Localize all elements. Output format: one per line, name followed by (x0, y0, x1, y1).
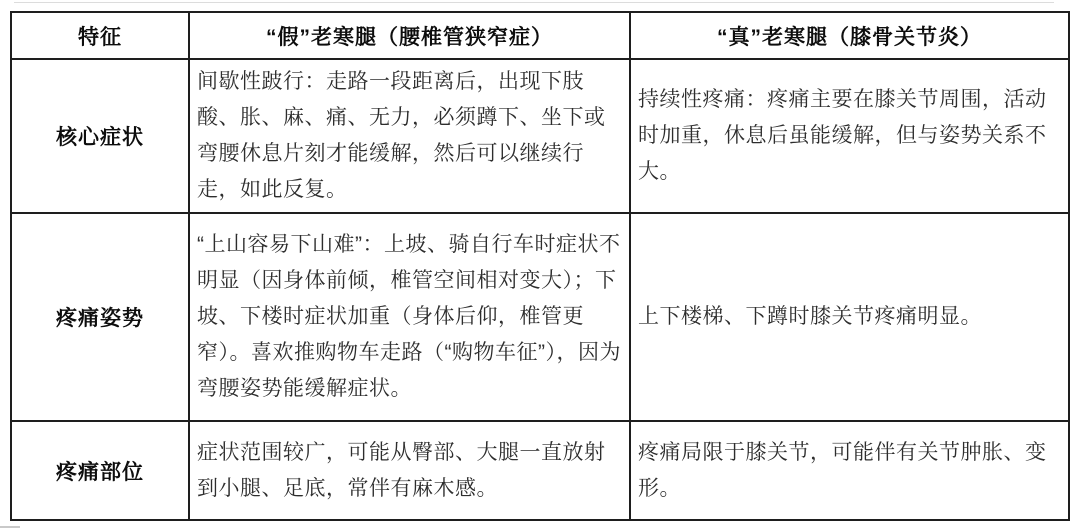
cell-pain-location-real: 疼痛局限于膝关节，可能伴有关节肿胀、变形。 (630, 421, 1069, 520)
cell-pain-posture-fake: “上山容易下山难”：上坡、骑自行车时症状不明显（因身体前倾，椎管空间相对变大）；… (189, 213, 630, 421)
row-label-pain-location: 疼痛部位 (11, 421, 189, 520)
header-real-laohantui: “真”老寒腿（膝骨关节炎） (630, 12, 1069, 59)
table-row-pain-posture: 疼痛姿势 “上山容易下山难”：上坡、骑自行车时症状不明显（因身体前倾，椎管空间相… (11, 213, 1069, 421)
page: 特征 “假”老寒腿（腰椎管狭窄症） “真”老寒腿（膝骨关节炎） 核心症状 间歇性… (0, 0, 1080, 530)
cell-pain-location-fake: 症状范围较广，可能从臀部、大腿一直放射到小腿、足底，常伴有麻木感。 (189, 421, 630, 520)
bottom-edge-artifact-line (0, 526, 20, 528)
cell-pain-posture-real: 上下楼梯、下蹲时膝关节疼痛明显。 (630, 213, 1069, 421)
top-edge-artifact-line (14, 2, 1054, 3)
table-row-pain-location: 疼痛部位 症状范围较广，可能从臀部、大腿一直放射到小腿、足底，常伴有麻木感。 疼… (11, 421, 1069, 520)
header-feature: 特征 (11, 12, 189, 59)
header-fake-laohantui: “假”老寒腿（腰椎管狭窄症） (189, 12, 630, 59)
table-row-core-symptoms: 核心症状 间歇性跛行：走路一段距离后，出现下肢酸、胀、麻、痛、无力，必须蹲下、坐… (11, 59, 1069, 213)
cell-core-symptoms-fake: 间歇性跛行：走路一段距离后，出现下肢酸、胀、麻、痛、无力，必须蹲下、坐下或弯腰休… (189, 59, 630, 213)
cell-core-symptoms-real: 持续性疼痛：疼痛主要在膝关节周围，活动时加重，休息后虽能缓解，但与姿势关系不大。 (630, 59, 1069, 213)
row-label-core-symptoms: 核心症状 (11, 59, 189, 213)
table-header-row: 特征 “假”老寒腿（腰椎管狭窄症） “真”老寒腿（膝骨关节炎） (11, 12, 1069, 59)
comparison-table: 特征 “假”老寒腿（腰椎管狭窄症） “真”老寒腿（膝骨关节炎） 核心症状 间歇性… (10, 11, 1070, 521)
row-label-pain-posture: 疼痛姿势 (11, 213, 189, 421)
